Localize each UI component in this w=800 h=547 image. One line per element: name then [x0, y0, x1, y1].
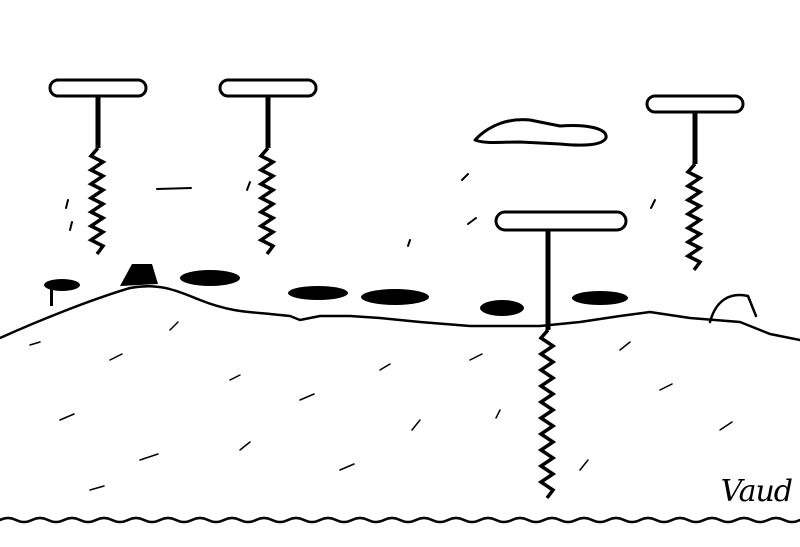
- artist-signature: Vaud: [721, 474, 792, 509]
- cloud: [475, 120, 606, 145]
- corkscrew-4: [647, 96, 743, 270]
- corkscrew-3: [496, 212, 626, 498]
- sky-marks: [66, 174, 655, 246]
- corkscrew-2: [220, 80, 316, 254]
- rock: [710, 295, 756, 322]
- cartoon-illustration: [0, 0, 800, 547]
- ground-hatching: [30, 322, 732, 490]
- bottom-line: [0, 518, 800, 522]
- corkscrew-1: [50, 80, 146, 254]
- trees: [44, 264, 628, 316]
